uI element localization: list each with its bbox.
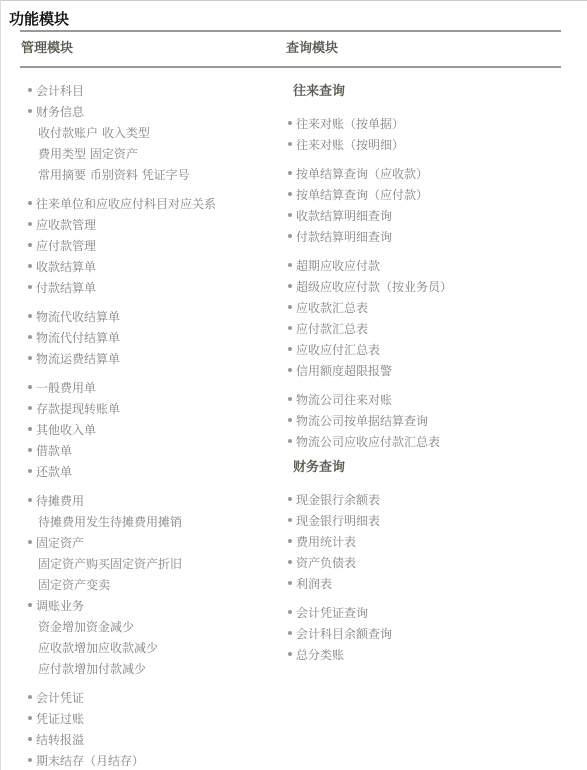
list-item: 物流代收结算单 xyxy=(21,307,286,328)
circle-bullet-icon xyxy=(28,540,32,544)
list-item: 物流运费结算单 xyxy=(21,349,286,370)
menu-link[interactable]: 超级应收应付款（按业务员） xyxy=(296,280,452,294)
list-item: 按单结算查询（应收款） xyxy=(286,164,566,185)
menu-link[interactable]: 会计凭证 xyxy=(36,691,84,705)
menu-link[interactable]: 利润表 xyxy=(296,577,332,591)
menu-link[interactable]: 固定资产变卖 xyxy=(38,578,110,592)
menu-link[interactable]: 往来单位和应收应付科目对应关系 xyxy=(36,197,216,211)
menu-link[interactable]: 物流公司应收应付款汇总表 xyxy=(296,435,440,449)
circle-bullet-icon xyxy=(28,406,32,410)
list-item: 总分类账 xyxy=(286,645,566,666)
list-item: 现金银行明细表 xyxy=(286,511,566,532)
menu-link[interactable]: 凭证过账 xyxy=(36,712,84,726)
list-item: 应付款汇总表 xyxy=(286,319,566,340)
menu-link[interactable]: 按单结算查询（应付款） xyxy=(296,188,428,202)
menu-link[interactable]: 待摊费用发生待摊费用摊销 xyxy=(38,515,182,529)
circle-bullet-icon xyxy=(28,427,32,431)
right-group-finance-reports: 现金银行余额表 现金银行明细表 费用统计表 资产负债表 利润表 xyxy=(286,490,566,595)
list-item: 应收应付汇总表 xyxy=(286,340,566,361)
menu-link[interactable]: 会计科目 xyxy=(36,84,84,98)
menu-link[interactable]: 应付款汇总表 xyxy=(296,322,368,336)
left-group-assets-adjust: 待摊费用 待摊费用发生待摊费用摊销 固定资产 固定资产购买固定资产折旧 固定资产… xyxy=(21,491,286,680)
list-item: 固定资产 xyxy=(21,533,286,554)
menu-link[interactable]: 会计凭证查询 xyxy=(296,606,368,620)
menu-link[interactable]: 存款提现转账单 xyxy=(36,402,120,416)
list-item: 存款提现转账单 xyxy=(21,399,286,420)
menu-link[interactable]: 物流公司往来对账 xyxy=(296,393,392,407)
page-title: 功能模块 xyxy=(1,1,587,30)
right-column-header: 查询模块 xyxy=(286,40,566,58)
circle-bullet-icon xyxy=(288,439,292,443)
list-item: 往来对账（按单据） xyxy=(286,114,566,135)
menu-link[interactable]: 收款结算单 xyxy=(36,260,96,274)
column-headers-row: 管理模块 查询模块 xyxy=(21,32,587,66)
circle-bullet-icon xyxy=(28,603,32,607)
left-group-basic-data: 会计科目 财务信息 收付款账户 收入类型 费用类型 固定资产 常用摘要 币别资料… xyxy=(21,81,286,186)
circle-bullet-icon xyxy=(288,347,292,351)
list-item: 往来单位和应收应付科目对应关系 xyxy=(21,194,286,215)
list-subitem: 固定资产变卖 xyxy=(21,575,286,596)
list-item: 费用统计表 xyxy=(286,532,566,553)
right-group-settlement-query: 按单结算查询（应收款） 按单结算查询（应付款） 收款结算明细查询 付款结算明细查… xyxy=(286,164,566,248)
menu-link[interactable]: 物流代付结算单 xyxy=(36,331,120,345)
circle-bullet-icon xyxy=(28,314,32,318)
list-item: 信用额度超限报警 xyxy=(286,361,566,382)
circle-bullet-icon xyxy=(288,142,292,146)
list-item: 会计凭证 xyxy=(21,688,286,709)
circle-bullet-icon xyxy=(28,448,32,452)
circle-bullet-icon xyxy=(28,695,32,699)
list-item: 期末结存（月结存） xyxy=(21,751,286,770)
list-item: 会计科目余额查询 xyxy=(286,624,566,645)
list-item: 待摊费用 xyxy=(21,491,286,512)
menu-link[interactable]: 还款单 xyxy=(36,465,72,479)
menu-link[interactable]: 现金银行余额表 xyxy=(296,493,380,507)
circle-bullet-icon xyxy=(28,758,32,762)
right-group-summary-reports: 超期应收应付款 超级应收应付款（按业务员） 应收款汇总表 应付款汇总表 应收应付… xyxy=(286,256,566,382)
menu-link[interactable]: 应收款管理 xyxy=(36,218,96,232)
circle-bullet-icon xyxy=(288,368,292,372)
menu-link[interactable]: 付款结算明细查询 xyxy=(296,230,392,244)
menu-link[interactable]: 资金增加资金减少 xyxy=(38,620,134,634)
circle-bullet-icon xyxy=(28,285,32,289)
list-item: 超期应收应付款 xyxy=(286,256,566,277)
right-group-logistics-query: 物流公司往来对账 物流公司按单据结算查询 物流公司应收应付款汇总表 xyxy=(286,390,566,453)
menu-link[interactable]: 现金银行明细表 xyxy=(296,514,380,528)
list-item: 其他收入单 xyxy=(21,420,286,441)
left-group-logistics: 物流代收结算单 物流代付结算单 物流运费结算单 xyxy=(21,307,286,370)
menu-link[interactable]: 资产负债表 xyxy=(296,556,356,570)
list-item: 物流代付结算单 xyxy=(21,328,286,349)
content-columns: 会计科目 财务信息 收付款账户 收入类型 费用类型 固定资产 常用摘要 币别资料… xyxy=(21,81,587,770)
circle-bullet-icon xyxy=(288,652,292,656)
list-item: 收款结算明细查询 xyxy=(286,206,566,227)
menu-link[interactable]: 常用摘要 币别资料 凭证字号 xyxy=(38,168,190,182)
list-item: 一般费用单 xyxy=(21,378,286,399)
list-item: 财务信息 xyxy=(21,102,286,123)
menu-link[interactable]: 收款结算明细查询 xyxy=(296,209,392,223)
list-item: 还款单 xyxy=(21,462,286,483)
menu-link[interactable]: 应收应付汇总表 xyxy=(296,343,380,357)
list-subitem: 应付款增加付款减少 xyxy=(21,659,286,680)
circle-bullet-icon xyxy=(28,243,32,247)
list-item: 往来对账（按明细） xyxy=(286,135,566,156)
menu-link[interactable]: 付款结算单 xyxy=(36,281,96,295)
menu-link[interactable]: 物流运费结算单 xyxy=(36,352,120,366)
menu-link[interactable]: 总分类账 xyxy=(296,648,344,662)
menu-link[interactable]: 固定资产 xyxy=(36,536,84,550)
circle-bullet-icon xyxy=(28,356,32,360)
circle-bullet-icon xyxy=(288,121,292,125)
circle-bullet-icon xyxy=(28,716,32,720)
circle-bullet-icon xyxy=(288,326,292,330)
circle-bullet-icon xyxy=(288,192,292,196)
menu-link[interactable]: 往来对账（按单据） xyxy=(296,117,404,131)
circle-bullet-icon xyxy=(28,222,32,226)
list-item: 利润表 xyxy=(286,574,566,595)
menu-link[interactable]: 财务信息 xyxy=(36,105,84,119)
query-module-column: 往来查询 往来对账（按单据） 往来对账（按明细） 按单结算查询（应收款） 按单结… xyxy=(286,81,566,770)
menu-link[interactable]: 应收款汇总表 xyxy=(296,301,368,315)
menu-link[interactable]: 一般费用单 xyxy=(36,381,96,395)
list-item: 应收款管理 xyxy=(21,215,286,236)
menu-link[interactable]: 物流公司按单据结算查询 xyxy=(296,414,428,428)
menu-link[interactable]: 会计科目余额查询 xyxy=(296,627,392,641)
circle-bullet-icon xyxy=(288,171,292,175)
menu-link[interactable]: 借款单 xyxy=(36,444,72,458)
menu-link[interactable]: 待摊费用 xyxy=(36,494,84,508)
menu-link[interactable]: 固定资产购买固定资产折旧 xyxy=(38,557,182,571)
circle-bullet-icon xyxy=(288,234,292,238)
management-module-column: 会计科目 财务信息 收付款账户 收入类型 费用类型 固定资产 常用摘要 币别资料… xyxy=(21,81,286,770)
list-item: 凭证过账 xyxy=(21,709,286,730)
circle-bullet-icon xyxy=(288,497,292,501)
menu-link[interactable]: 调账业务 xyxy=(36,599,84,613)
list-subitem: 收付款账户 收入类型 xyxy=(21,123,286,144)
list-item: 会计凭证查询 xyxy=(286,603,566,624)
left-group-closing: 会计凭证 凭证过账 结转报溢 期末结存（月结存） xyxy=(21,688,286,770)
circle-bullet-icon xyxy=(288,305,292,309)
menu-link[interactable]: 物流代收结算单 xyxy=(36,310,120,324)
menu-link[interactable]: 费用统计表 xyxy=(296,535,356,549)
list-item: 超级应收应付款（按业务员） xyxy=(286,277,566,298)
right-subheader-finance-query: 财务查询 xyxy=(286,457,566,478)
right-group-ledger-query: 会计凭证查询 会计科目余额查询 总分类账 xyxy=(286,603,566,666)
list-item: 资产负债表 xyxy=(286,553,566,574)
list-item: 物流公司按单据结算查询 xyxy=(286,411,566,432)
list-item: 付款结算明细查询 xyxy=(286,227,566,248)
list-item: 物流公司往来对账 xyxy=(286,390,566,411)
circle-bullet-icon xyxy=(288,263,292,267)
list-subitem: 费用类型 固定资产 xyxy=(21,144,286,165)
left-group-receivable-payable: 往来单位和应收应付科目对应关系 应收款管理 应付款管理 收款结算单 付款结算单 xyxy=(21,194,286,299)
list-item: 会计科目 xyxy=(21,81,286,102)
menu-link[interactable]: 信用额度超限报警 xyxy=(296,364,392,378)
right-group-reconciliation: 往来对账（按单据） 往来对账（按明细） xyxy=(286,114,566,156)
circle-bullet-icon xyxy=(28,385,32,389)
circle-bullet-icon xyxy=(288,581,292,585)
circle-bullet-icon xyxy=(28,109,32,113)
list-item: 现金银行余额表 xyxy=(286,490,566,511)
right-subheader-current-query: 往来查询 xyxy=(286,81,566,102)
circle-bullet-icon xyxy=(28,88,32,92)
menu-link[interactable]: 费用类型 固定资产 xyxy=(38,147,138,161)
menu-link[interactable]: 应付款管理 xyxy=(36,239,96,253)
circle-bullet-icon xyxy=(288,284,292,288)
list-subitem: 应收款增加应收款减少 xyxy=(21,638,286,659)
circle-bullet-icon xyxy=(288,560,292,564)
circle-bullet-icon xyxy=(288,518,292,522)
circle-bullet-icon xyxy=(288,397,292,401)
list-subitem: 资金增加资金减少 xyxy=(21,617,286,638)
list-item: 收款结算单 xyxy=(21,257,286,278)
list-item: 应付款管理 xyxy=(21,236,286,257)
list-item: 借款单 xyxy=(21,441,286,462)
list-subitem: 常用摘要 币别资料 凭证字号 xyxy=(21,165,286,186)
header-divider xyxy=(20,66,561,68)
menu-link[interactable]: 应付款增加付款减少 xyxy=(38,662,146,676)
menu-link[interactable]: 超期应收应付款 xyxy=(296,259,380,273)
menu-link[interactable]: 应收款增加应收款减少 xyxy=(38,641,158,655)
circle-bullet-icon xyxy=(28,201,32,205)
list-subitem: 固定资产购买固定资产折旧 xyxy=(21,554,286,575)
circle-bullet-icon xyxy=(288,539,292,543)
circle-bullet-icon xyxy=(288,631,292,635)
list-item: 物流公司应收应付款汇总表 xyxy=(286,432,566,453)
left-group-vouchers: 一般费用单 存款提现转账单 其他收入单 借款单 还款单 xyxy=(21,378,286,483)
list-subitem: 待摊费用发生待摊费用摊销 xyxy=(21,512,286,533)
menu-link[interactable]: 收付款账户 收入类型 xyxy=(38,126,150,140)
list-item: 结转报溢 xyxy=(21,730,286,751)
list-item: 调账业务 xyxy=(21,596,286,617)
menu-link[interactable]: 按单结算查询（应收款） xyxy=(296,167,428,181)
list-item: 按单结算查询（应付款） xyxy=(286,185,566,206)
circle-bullet-icon xyxy=(28,264,32,268)
list-item: 付款结算单 xyxy=(21,278,286,299)
circle-bullet-icon xyxy=(28,335,32,339)
circle-bullet-icon xyxy=(288,418,292,422)
menu-link[interactable]: 往来对账（按明细） xyxy=(296,138,404,152)
circle-bullet-icon xyxy=(28,737,32,741)
left-column-header: 管理模块 xyxy=(21,40,286,58)
menu-link[interactable]: 结转报溢 xyxy=(36,733,84,747)
circle-bullet-icon xyxy=(28,469,32,473)
circle-bullet-icon xyxy=(28,498,32,502)
menu-link[interactable]: 期末结存（月结存） xyxy=(36,754,144,768)
list-item: 应收款汇总表 xyxy=(286,298,566,319)
menu-link[interactable]: 其他收入单 xyxy=(36,423,96,437)
circle-bullet-icon xyxy=(288,213,292,217)
circle-bullet-icon xyxy=(288,610,292,614)
